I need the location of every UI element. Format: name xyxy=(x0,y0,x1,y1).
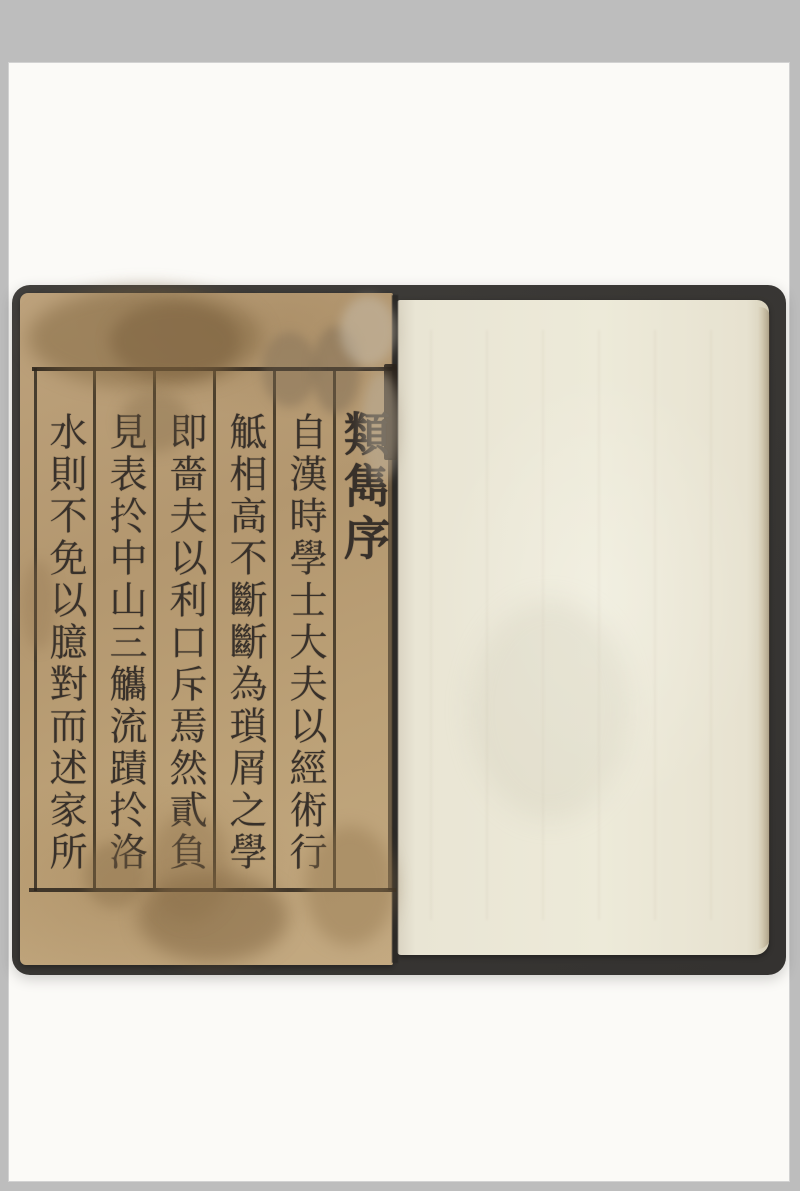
text-column-title: 類雋序 xyxy=(336,372,386,888)
column-divider xyxy=(213,371,216,888)
text-column-5: 水則不免以臆對而述家所 xyxy=(43,372,87,888)
text-column-4: 見表扵中山三觿流蹟扵洛 xyxy=(103,372,147,888)
column-divider xyxy=(153,371,156,888)
frame-border-bottom xyxy=(29,888,396,892)
column-divider xyxy=(93,371,96,888)
text-column-1: 自漢時學士大夫以經術行 xyxy=(283,372,327,888)
column-divider xyxy=(273,371,276,888)
text-column-3: 即嗇夫以利口斥焉然貳負 xyxy=(163,372,207,888)
frame-border-left xyxy=(34,368,37,891)
viewer-backdrop: 類雋序 自漢時學士大夫以經術行 觝相高不斷斷為瑣屑之學 即嗇夫以利口斥焉然貳負 … xyxy=(0,0,800,1191)
right-page-edge-stack xyxy=(758,307,770,949)
right-page-bleedthrough xyxy=(430,330,750,920)
text-column-2: 觝相高不斷斷為瑣屑之學 xyxy=(223,372,267,888)
